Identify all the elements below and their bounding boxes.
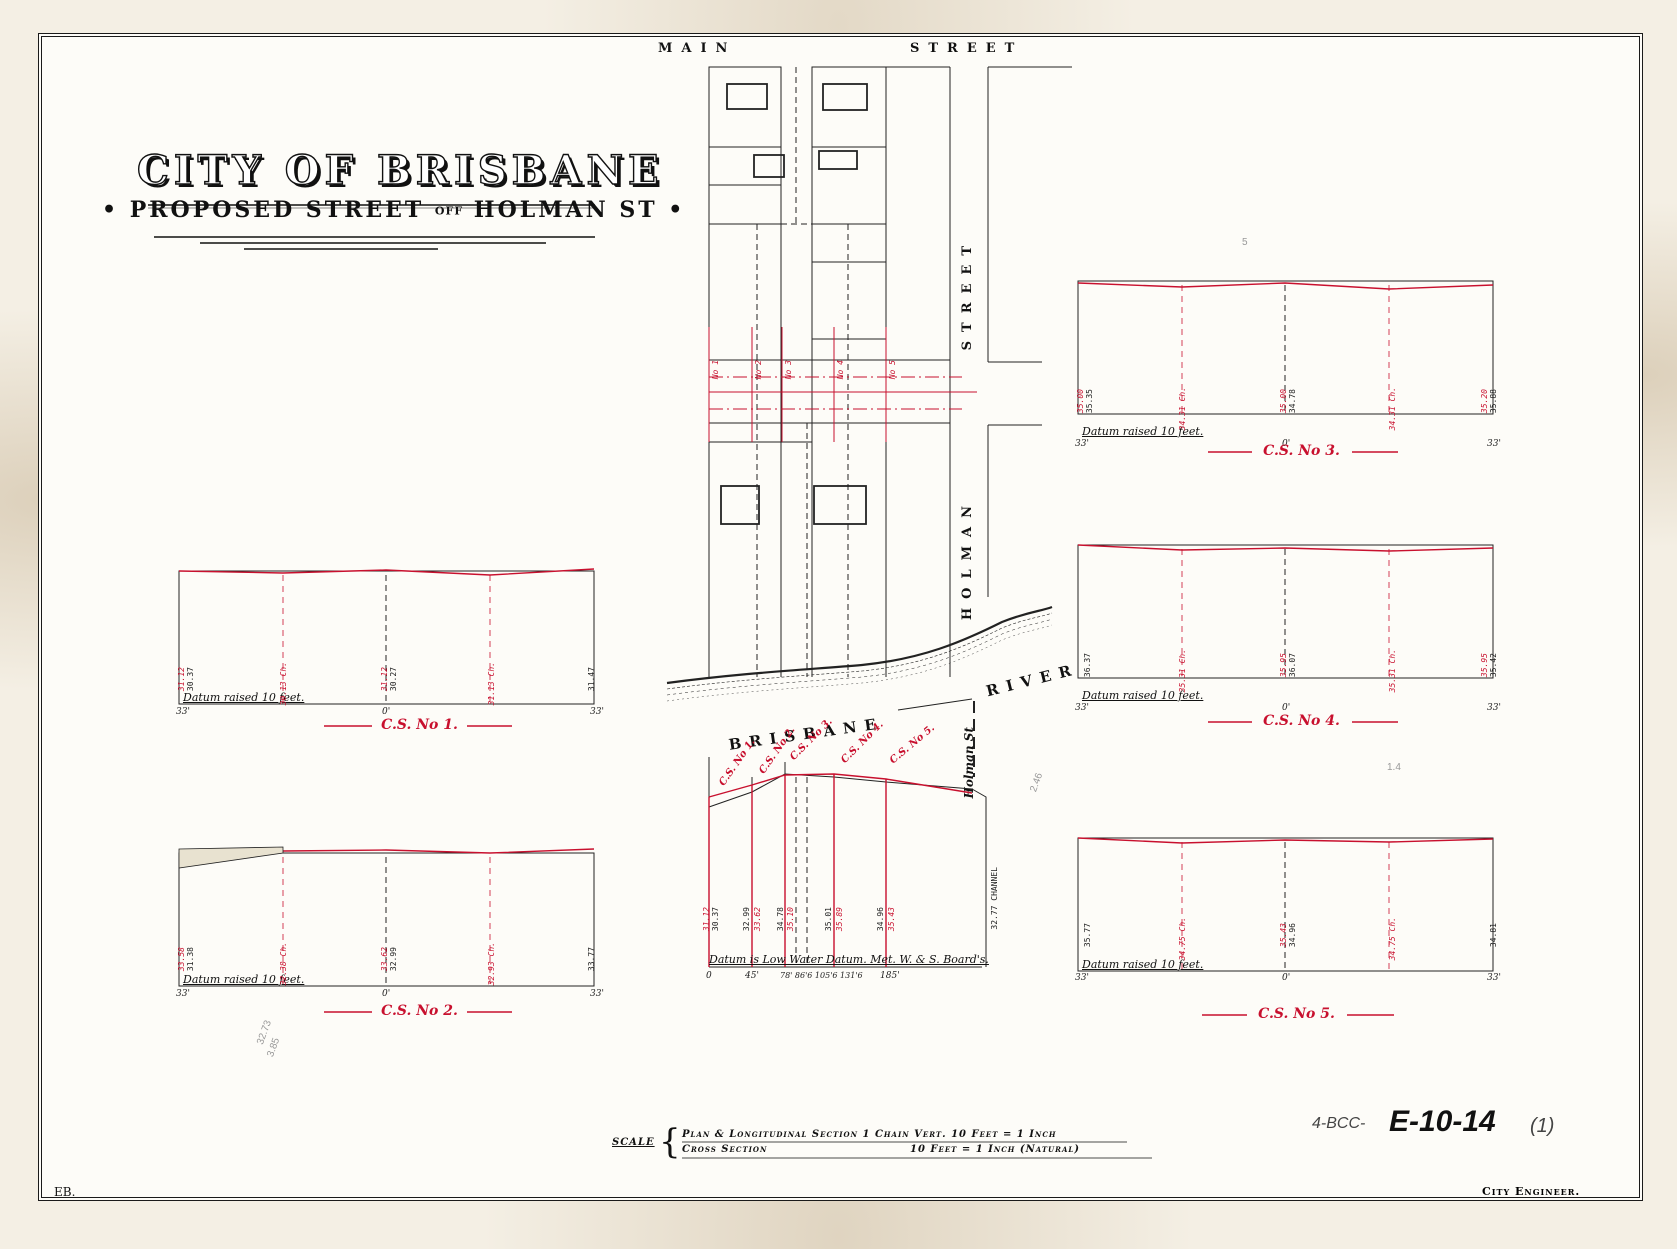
reference-code: E-10-14 [1389, 1105, 1496, 1139]
reference-prefix: 4-BCC- [1312, 1115, 1365, 1133]
drawing-sheet: CITY OF BRISBANE • PROPOSED STREET OFF H… [38, 33, 1643, 1201]
pencil-note-3: 5 [1242, 237, 1248, 248]
monogram: EB. [54, 1185, 75, 1199]
city-engineer-signature: City Engineer. [1482, 1185, 1580, 1198]
reference-sheet: (1) [1530, 1115, 1554, 1138]
pencil-note-4: 1.4 [1387, 762, 1401, 773]
scale-underlines [42, 37, 1647, 1205]
